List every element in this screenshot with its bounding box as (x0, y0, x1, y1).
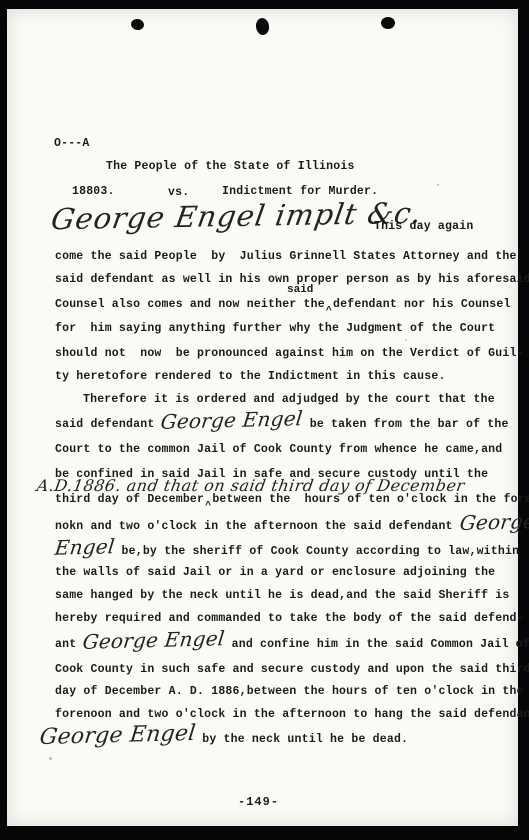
corner-mark: O---A (54, 137, 90, 150)
body-line: same hanged by the neck until he is dead… (55, 589, 509, 602)
page-number: -149- (238, 795, 279, 809)
body-line-text: nokn and two o'clock in the afternoon th… (55, 520, 453, 533)
paper-speck (49, 757, 52, 760)
body-line: hereby required and commanded to take th… (55, 612, 524, 625)
body-line-text: ant (55, 638, 76, 651)
scanned-document-background: O---A The People of the State of Illinoi… (0, 0, 529, 840)
interlined-insert-said: said (287, 284, 313, 296)
document-page: O---A The People of the State of Illinoi… (7, 9, 518, 826)
vs-label: vs. (168, 186, 189, 199)
body-line-text: be,by the sheriff of Cook County accordi… (122, 545, 520, 558)
case-number: 18803. (72, 185, 115, 198)
body-line-text: and confine him in the said Common Jail … (232, 638, 529, 651)
paper-speck (405, 339, 407, 341)
paper-speck (437, 184, 439, 186)
body-line: forenoon and two o'clock in the afternoo… (55, 708, 529, 721)
body-line: day of December A. D. 1886,between the h… (55, 685, 524, 698)
defendant-name-handwritten: George Engel (83, 633, 226, 647)
body-line: Engelbe,by the sheriff of Cook County ac… (55, 542, 519, 558)
defendant-name-handwritten: George (459, 516, 529, 528)
body-line: George Engelby the neck until he be dead… (40, 731, 408, 746)
defendant-name-handwritten: George Engel (161, 413, 304, 427)
body-line-text: defendant nor his Counsel (333, 298, 511, 311)
caret-mark: ^ (205, 501, 211, 512)
body-line-text: third day of December (55, 493, 204, 506)
body-line: antGeorge Engeland confine him in the sa… (55, 635, 529, 651)
body-line: said defendantGeorge Engelbe taken from … (55, 415, 509, 431)
court-caption-line: The People of the State of Illinois (106, 160, 355, 173)
binding-hole-icon (381, 17, 395, 29)
body-line-text: Counsel also comes and now neither the (55, 298, 325, 311)
body-line: Therefore it is ordered and adjudged by … (83, 393, 495, 406)
body-line-text: by the neck until he be dead. (202, 733, 408, 746)
defendant-name-handwritten: Engel (54, 541, 115, 553)
body-line-text: be taken from the bar of the (310, 418, 509, 431)
body-line: come the said People by Julius Grinnell … (55, 250, 517, 263)
opening-phrase: This day again (374, 220, 473, 233)
body-line: Counsel also comes and now neither the^d… (55, 298, 511, 311)
defendant-name-handwritten: George Engel implt &c. (49, 196, 425, 236)
body-line-text: between the hours of ten o'clock in the … (212, 493, 529, 506)
body-line: ty heretofore rendered to the Indictment… (55, 370, 446, 383)
body-line: the walls of said Jail or in a yard or e… (55, 566, 495, 579)
body-line: Cook County in such safe and secure cust… (55, 663, 529, 676)
body-line: should not now be pronounced against him… (55, 347, 524, 360)
body-line: third day of December^between the hours … (55, 493, 529, 506)
body-line-text: said defendant (55, 418, 154, 431)
caret-mark: ^ (326, 306, 332, 317)
binding-hole-icon (130, 18, 145, 31)
body-line: Court to the common Jail of Cook County … (55, 443, 502, 456)
defendant-name-handwritten: George Engel (39, 729, 196, 743)
body-line: for him saying anything further why the … (55, 322, 495, 335)
binding-hole-icon (255, 17, 270, 36)
body-line: nokn and two o'clock in the afternoon th… (55, 517, 529, 533)
